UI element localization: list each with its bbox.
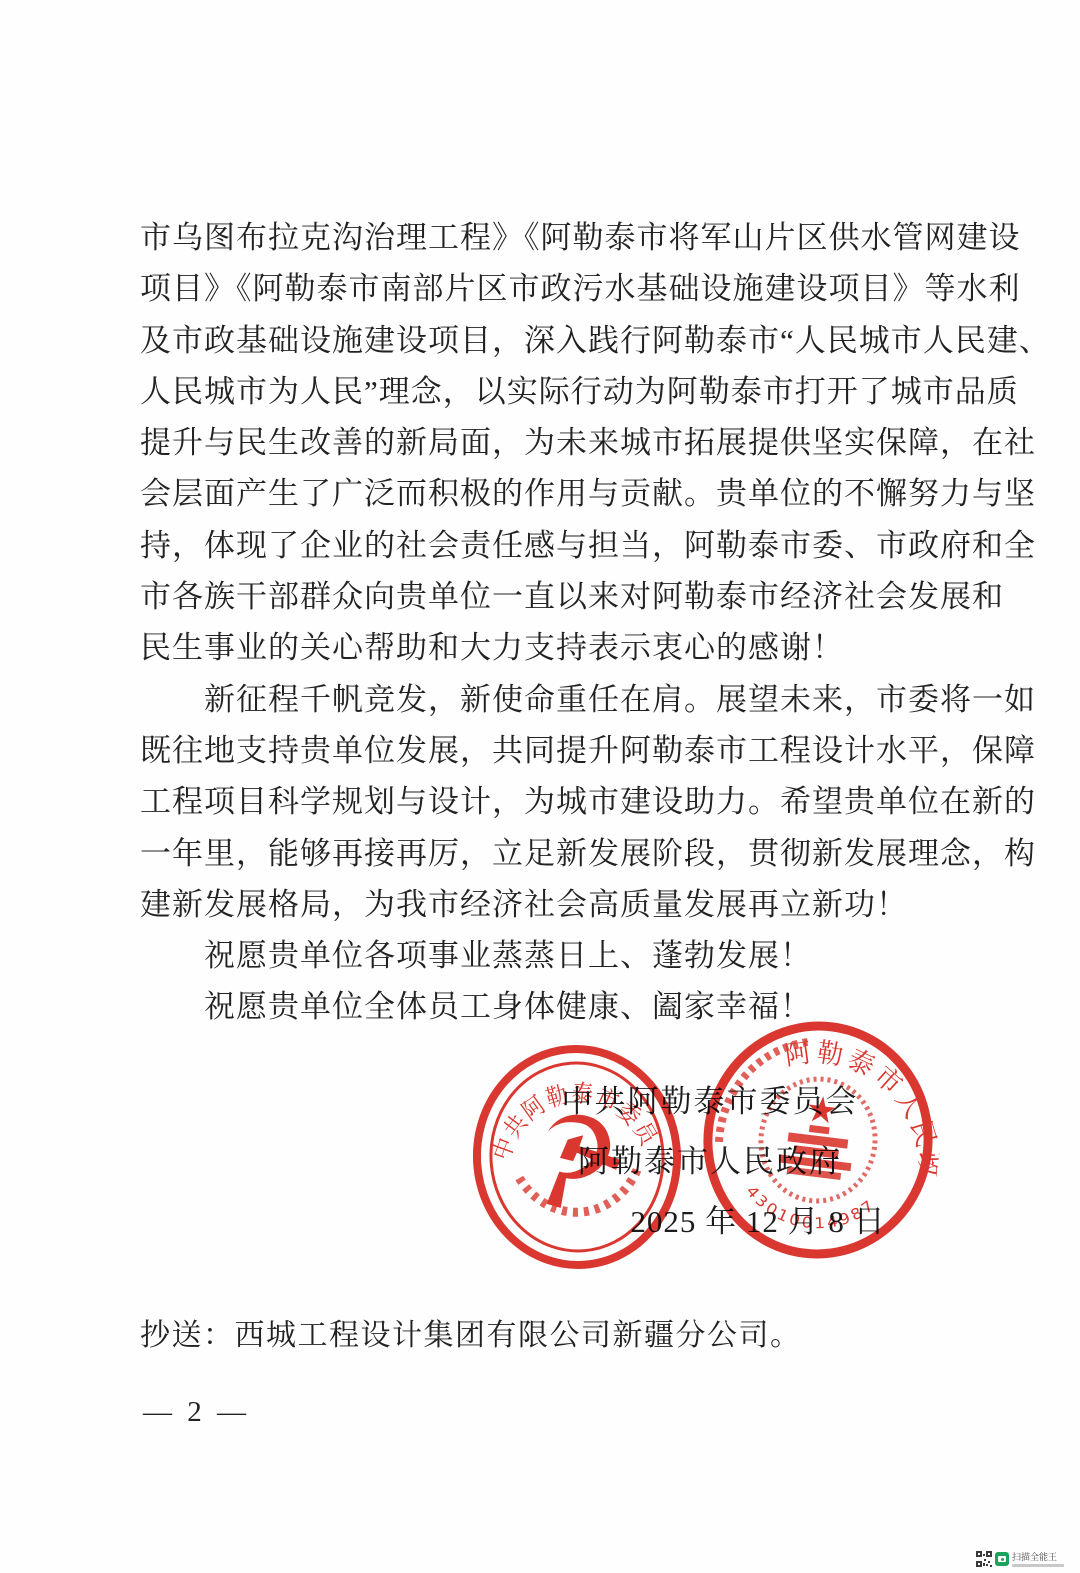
body-line: 持，体现了企业的社会责任感与担当，阿勒泰市委、市政府和全 [140,520,962,571]
body-line: 人民城市为人民”理念，以实际行动为阿勒泰市打开了城市品质 [140,366,962,417]
page-number: — 2 — [143,1396,250,1429]
body-line: 市乌图布拉克沟治理工程》《阿勒泰市将军山片区供水管网建设 [140,212,962,263]
body-line: 会层面产生了广泛而积极的作用与贡献。贵单位的不懈努力与坚 [140,468,962,519]
signature-date: 2025 年 12 月 8 日 [568,1206,948,1237]
body-line: 市各族干部群众向贵单位一直以来对阿勒泰市经济社会发展和 [140,571,962,622]
signature-block: 中共阿勒泰市委员会 阿勒泰市人民政府 2025 年 12 月 8 日 [520,1086,900,1266]
document-page: 市乌图布拉克沟治理工程》《阿勒泰市将军山片区供水管网建设 项目》《阿勒泰市南部片… [0,0,1080,1573]
body-line: 及市政基础设施建设项目，深入践行阿勒泰市“人民城市人民建、 [140,315,962,366]
body-line: 祝愿贵单位全体员工身体健康、阖家幸福！ [140,981,962,1032]
watermark-subtext-bar [1012,1564,1064,1567]
signature-org-government: 阿勒泰市人民政府 [520,1146,900,1177]
body-line: 工程项目科学规划与设计，为城市建设助力。希望贵单位在新的 [140,776,962,827]
cc-line: 抄送：西城工程设计集团有限公司新疆分公司。 [140,1310,802,1354]
scanner-watermark: 扫描全能王 [976,1551,1064,1567]
body-line: 一年里，能够再接再厉，立足新发展阶段，贯彻新发展理念，构 [140,828,962,879]
body-line: 祝愿贵单位各项事业蒸蒸日上、蓬勃发展！ [140,930,962,981]
letter-body: 市乌图布拉克沟治理工程》《阿勒泰市将军山片区供水管网建设 项目》《阿勒泰市南部片… [140,212,962,1033]
camscanner-app-icon [995,1552,1009,1566]
qr-code-icon [976,1551,992,1567]
watermark-app-name: 扫描全能王 [1012,1552,1064,1562]
body-line: 项目》《阿勒泰市南部片区市政污水基础设施建设项目》等水利 [140,263,962,314]
body-line: 民生事业的关心帮助和大力支持表示衷心的感谢！ [140,622,962,673]
body-line: 建新发展格局，为我市经济社会高质量发展再立新功！ [140,879,962,930]
body-line: 新征程千帆竞发，新使命重任在肩。展望未来，市委将一如 [140,674,962,725]
body-line: 提升与民生改善的新局面，为未来城市拓展提供坚实保障，在社 [140,417,962,468]
signature-org-committee: 中共阿勒泰市委员会 [520,1086,900,1117]
body-line: 既往地支持贵单位发展，共同提升阿勒泰市工程设计水平，保障 [140,725,962,776]
